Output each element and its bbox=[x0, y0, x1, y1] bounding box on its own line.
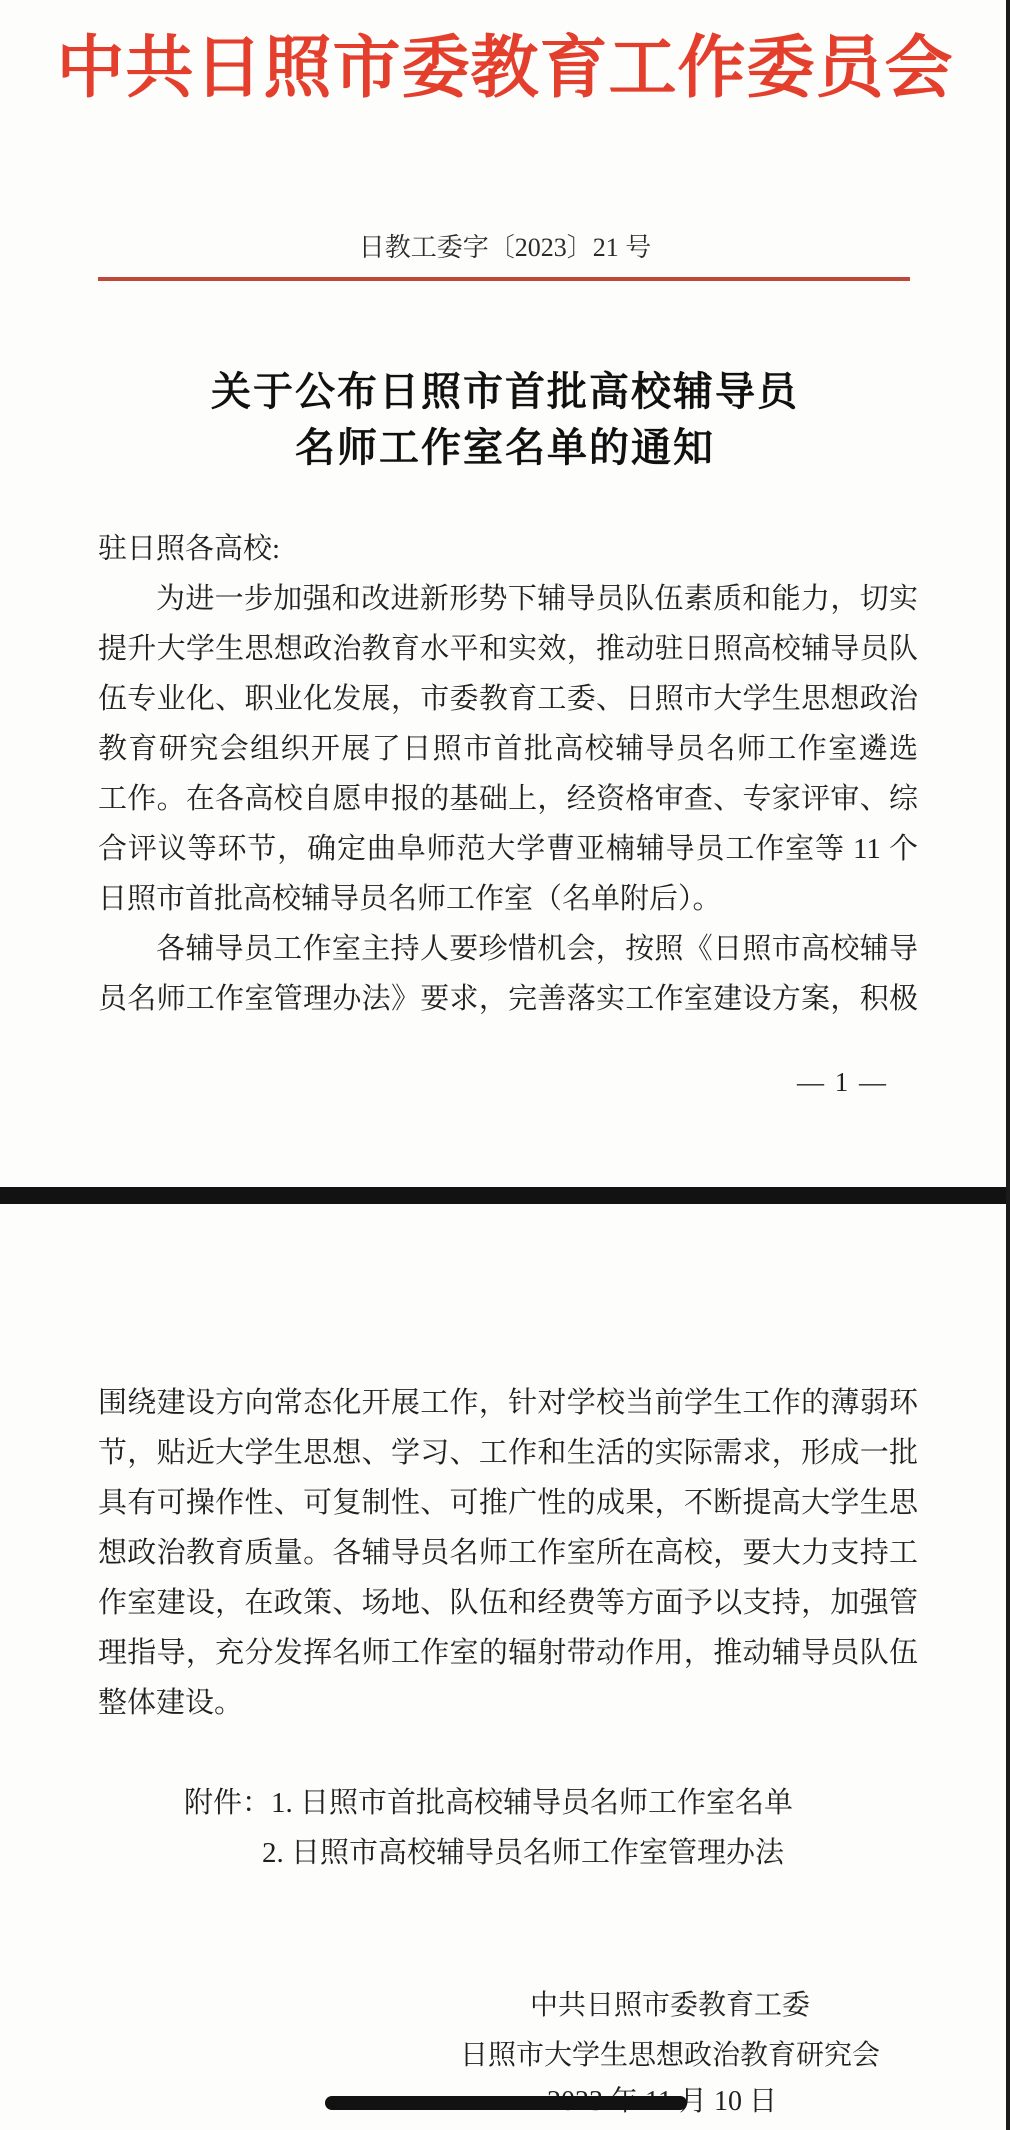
attachments-label: 附件： bbox=[184, 1787, 271, 1819]
body-line: 员名师工作室管理办法》要求，完善落实工作室建设方案，积极 bbox=[98, 974, 918, 1024]
scan-edge-line bbox=[1006, 0, 1010, 2130]
body-line: 各辅导员工作室主持人要珍惜机会，按照《日照市高校辅导 bbox=[98, 924, 918, 974]
body-line: 作室建设，在政策、场地、队伍和经费等方面予以支持，加强管 bbox=[98, 1578, 918, 1628]
attachment-2: 2. 日照市高校辅导员名师工作室管理办法 bbox=[262, 1837, 784, 1869]
body-line: 整体建设。 bbox=[98, 1678, 918, 1728]
doc-number: 日教工委字〔2023〕21 号 bbox=[0, 230, 1010, 266]
signature-org-1: 中共日照市委教育工委 bbox=[530, 1983, 810, 2029]
body-line: 提升大学生思想政治教育水平和实效，推动驻日照高校辅导员队 bbox=[98, 624, 918, 674]
body-line: 节，贴近大学生思想、学习、工作和生活的实际需求，形成一批 bbox=[98, 1428, 918, 1478]
red-rule-divider bbox=[98, 277, 910, 281]
page2-body: 围绕建设方向常态化开展工作，针对学校当前学生工作的薄弱环 节，贴近大学生思想、学… bbox=[98, 1378, 918, 1728]
redaction-bar bbox=[325, 2096, 687, 2110]
signature-org-2: 日照市大学生思想政治教育研究会 bbox=[460, 2033, 880, 2079]
attachment-item: 附件：1. 日照市首批高校辅导员名师工作室名单 bbox=[184, 1778, 804, 1828]
doc-title: 关于公布日照市首批高校辅导员 名师工作室名单的通知 bbox=[0, 364, 1010, 476]
body-line: 理指导，充分发挥名师工作室的辐射带动作用，推动辅导员队伍 bbox=[98, 1628, 918, 1678]
document-page-2: 围绕建设方向常态化开展工作，针对学校当前学生工作的薄弱环 节，贴近大学生思想、学… bbox=[0, 1204, 1010, 2130]
page-divider-bar bbox=[0, 1187, 1010, 1204]
document-page-1: 中共日照市委教育工作委员会 日教工委字〔2023〕21 号 关于公布日照市首批高… bbox=[0, 0, 1010, 1187]
body-line: 教育研究会组织开展了日照市首批高校辅导员名师工作室遴选 bbox=[98, 724, 918, 774]
page-number: — 1 — bbox=[797, 1062, 888, 1102]
attachment-1: 1. 日照市首批高校辅导员名师工作室名单 bbox=[271, 1787, 793, 1819]
body-line: 工作。在各高校自愿申报的基础上，经资格审查、专家评审、综 bbox=[98, 774, 918, 824]
attachments-block: 附件：1. 日照市首批高校辅导员名师工作室名单 2. 日照市高校辅导员名师工作室… bbox=[184, 1778, 804, 1878]
body-line: 围绕建设方向常态化开展工作，针对学校当前学生工作的薄弱环 bbox=[98, 1378, 918, 1428]
org-header-title: 中共日照市委教育工作委员会 bbox=[0, 10, 1010, 130]
body-line: 具有可操作性、可复制性、可推广性的成果，不断提高大学生思 bbox=[98, 1478, 918, 1528]
doc-title-line2: 名师工作室名单的通知 bbox=[0, 420, 1010, 476]
body-line: 为进一步加强和改进新形势下辅导员队伍素质和能力，切实 bbox=[98, 574, 918, 624]
body-line: 想政治教育质量。各辅导员名师工作室所在高校，要大力支持工 bbox=[98, 1528, 918, 1578]
doc-title-line1: 关于公布日照市首批高校辅导员 bbox=[0, 364, 1010, 420]
body-line: 合评议等环节，确定曲阜师范大学曹亚楠辅导员工作室等 11 个 bbox=[98, 824, 918, 874]
attachment-item: 2. 日照市高校辅导员名师工作室管理办法 bbox=[184, 1828, 804, 1878]
body-line: 伍专业化、职业化发展，市委教育工委、日照市大学生思想政治 bbox=[98, 674, 918, 724]
page1-body: 驻日照各高校: 为进一步加强和改进新形势下辅导员队伍素质和能力，切实 提升大学生… bbox=[98, 524, 918, 1024]
salutation: 驻日照各高校: bbox=[98, 524, 918, 574]
body-line: 日照市首批高校辅导员名师工作室（名单附后）。 bbox=[98, 874, 918, 924]
